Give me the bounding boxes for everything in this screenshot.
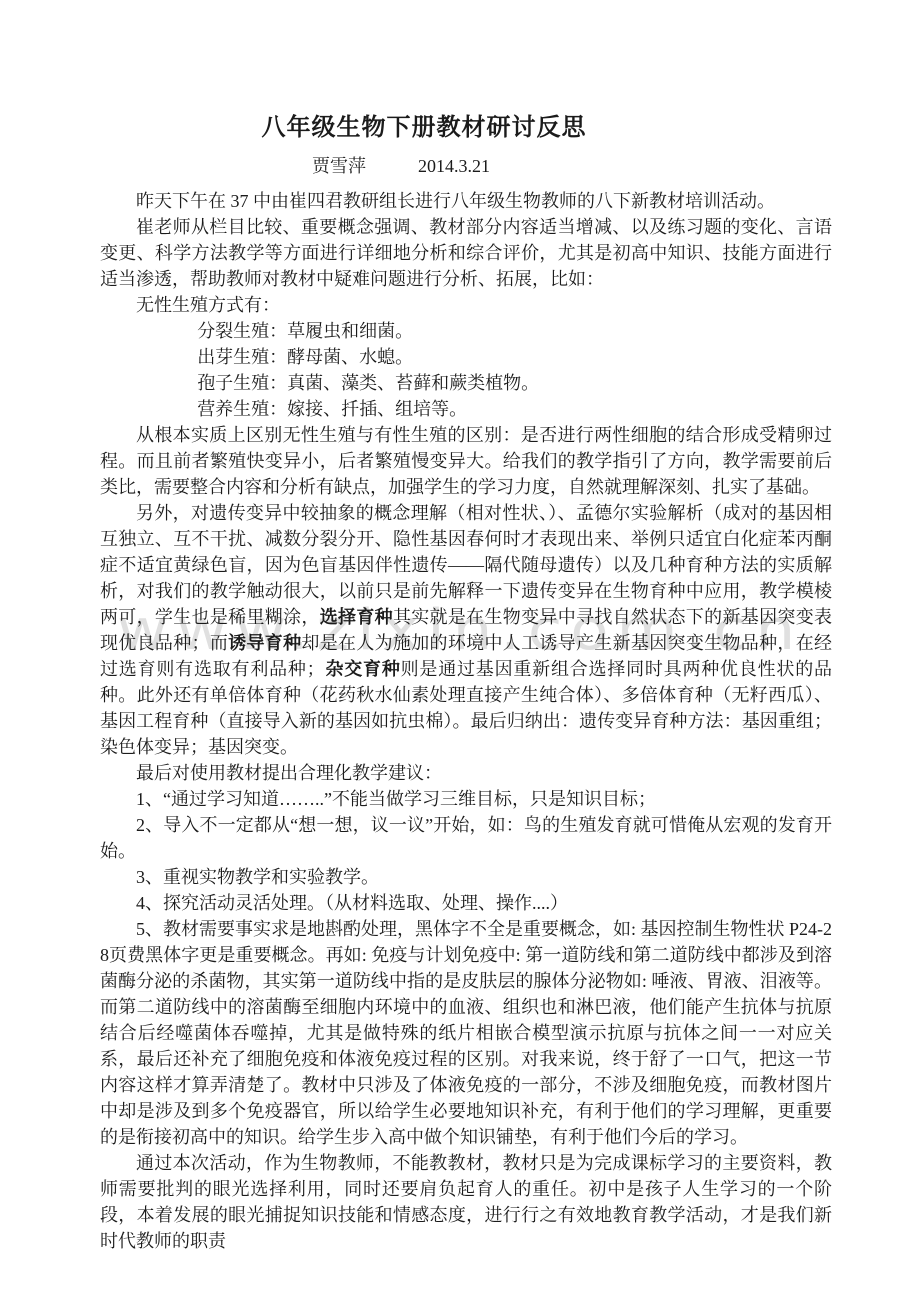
paragraph: 2、导入不一定都从“想一想，议一议”开始，如：鸟的生殖发育就可惜俺从宏观的发育开… bbox=[100, 812, 832, 864]
paragraph: 崔老师从栏目比较、重要概念强调、教材部分内容适当增减、以及练习题的变化、言语变更… bbox=[100, 214, 832, 292]
document-body: 昨天下午在 37 中由崔四君教研组长进行八年级生物教师的八下新教材培训活动。崔老… bbox=[100, 188, 832, 1254]
paragraph: 孢子生殖：真菌、藻类、苔藓和蕨类植物。 bbox=[197, 370, 832, 396]
paragraph: 分裂生殖：草履虫和细菌。 bbox=[197, 318, 832, 344]
text-run: 4、探究活动灵活处理。（从材料选取、处理、操作....） bbox=[136, 893, 568, 913]
text-run: 3、重视实物教学和实验教学。 bbox=[136, 867, 379, 887]
text-run: 通过本次活动，作为生物教师，不能教教材，教材只是为完成课标学习的主要资料，教师需… bbox=[100, 1153, 832, 1251]
paragraph: 最后对使用教材提出合理化教学建议： bbox=[100, 760, 832, 786]
paragraph: 营养生殖：嫁接、扦插、组培等。 bbox=[197, 396, 832, 422]
text-run: 分裂生殖：草履虫和细菌。 bbox=[197, 321, 413, 341]
paragraph: 出芽生殖：酵母菌、水螅。 bbox=[197, 344, 832, 370]
text-run: 最后对使用教材提出合理化教学建议： bbox=[136, 763, 442, 783]
text-run: 营养生殖：嫁接、扦插、组培等。 bbox=[197, 399, 467, 419]
text-run: 2、导入不一定都从“想一想，议一议”开始，如：鸟的生殖发育就可惜俺从宏观的发育开… bbox=[100, 815, 832, 861]
paragraph: 无性生殖方式有： bbox=[100, 292, 832, 318]
paragraph: 5、教材需要事实求是地斟酌处理，黑体字不全是重要概念，如: 基因控制生物性状 P… bbox=[100, 916, 832, 1150]
document-content: 八年级生物下册教材研讨反思 贾雪萍2014.3.21 昨天下午在 37 中由崔四… bbox=[100, 112, 832, 1254]
text-run: 昨天下午在 37 中由崔四君教研组长进行八年级生物教师的八下新教材培训活动。 bbox=[136, 191, 775, 211]
text-run: 从根本实质上区别无性生殖与有性生殖的区别：是否进行两性细胞的结合形成受精卵过程。… bbox=[100, 425, 832, 497]
byline-date: 2014.3.21 bbox=[418, 156, 490, 176]
paragraph: 从根本实质上区别无性生殖与有性生殖的区别：是否进行两性细胞的结合形成受精卵过程。… bbox=[100, 422, 832, 500]
text-run: 1、“通过学习知道……..”不能当做学习三维目标，只是知识目标； bbox=[136, 789, 656, 809]
paragraph: 通过本次活动，作为生物教师，不能教教材，教材只是为完成课标学习的主要资料，教师需… bbox=[100, 1150, 832, 1254]
text-run: 5、教材需要事实求是地斟酌处理，黑体字不全是重要概念，如: 基因控制生物性状 P… bbox=[100, 919, 832, 1147]
byline: 贾雪萍2014.3.21 bbox=[100, 153, 832, 180]
text-run: 孢子生殖：真菌、藻类、苔藓和蕨类植物。 bbox=[197, 373, 539, 393]
bold-run: 选择育种 bbox=[320, 607, 393, 627]
bold-run: 杂交育种 bbox=[325, 659, 401, 679]
paragraph: 4、探究活动灵活处理。（从材料选取、处理、操作....） bbox=[100, 890, 832, 916]
paragraph: 1、“通过学习知道……..”不能当做学习三维目标，只是知识目标； bbox=[100, 786, 832, 812]
document-page: www.zixin.com.cn 八年级生物下册教材研讨反思 贾雪萍2014.3… bbox=[0, 0, 920, 1302]
paragraph: 昨天下午在 37 中由崔四君教研组长进行八年级生物教师的八下新教材培训活动。 bbox=[100, 188, 832, 214]
page-title: 八年级生物下册教材研讨反思 bbox=[100, 112, 832, 144]
bold-run: 诱导育种 bbox=[228, 633, 301, 653]
text-run: 无性生殖方式有： bbox=[136, 295, 280, 315]
paragraph: 3、重视实物教学和实验教学。 bbox=[100, 864, 832, 890]
text-run: 出芽生殖：酵母菌、水螅。 bbox=[197, 347, 413, 367]
paragraph: 另外，对遗传变异中较抽象的概念理解（相对性状、）、孟德尔实验解析（成对的基因相互… bbox=[100, 500, 832, 760]
text-run: 崔老师从栏目比较、重要概念强调、教材部分内容适当增减、以及练习题的变化、言语变更… bbox=[100, 217, 832, 289]
author-name: 贾雪萍 bbox=[312, 156, 366, 176]
